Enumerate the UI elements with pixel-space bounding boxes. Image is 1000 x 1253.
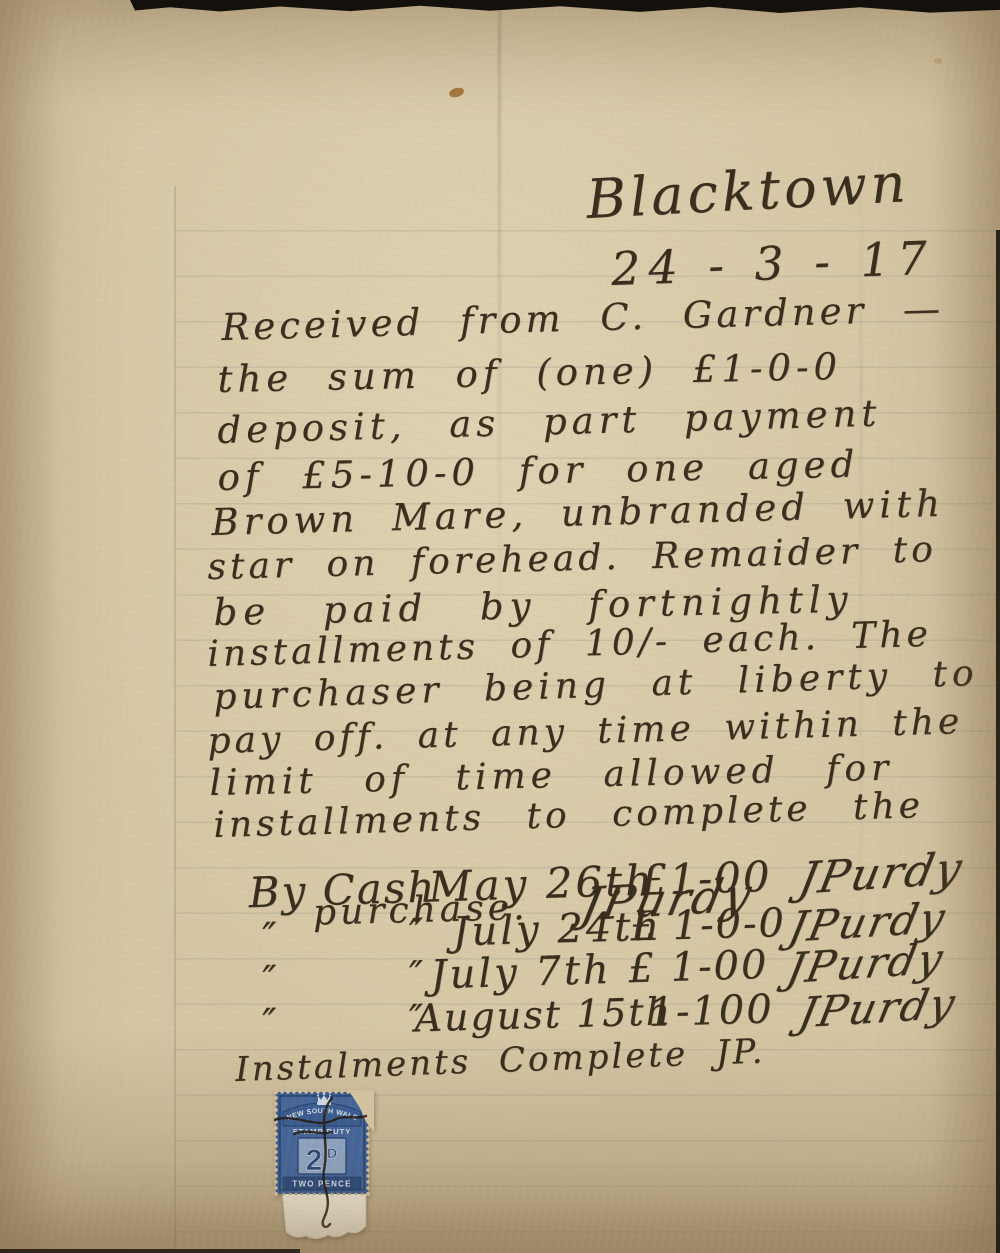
ledger-ditto-marks: ″ ″: [262, 910, 424, 958]
purdy-signature: JPurdy: [795, 978, 961, 1037]
duty-stamp: NEW SOUTH WALES STAMP DUTY 2 D TWO PENCE: [274, 1090, 374, 1248]
duty-stamp-graphic: NEW SOUTH WALES STAMP DUTY 2 D TWO PENCE: [274, 1090, 374, 1248]
ledger-amount: 1-100: [648, 986, 775, 1035]
photographed-receipt: Blacktown 24 - 3 - 17 Received from C. G…: [0, 0, 1000, 1253]
stamp-value-digit: 2: [306, 1144, 323, 1177]
ledger-amount: £ 1-00: [628, 942, 769, 992]
receipt-paper: Blacktown 24 - 3 - 17 Received from C. G…: [0, 0, 1000, 1253]
foxing-spot: [934, 58, 942, 64]
date-line: 24 - 3 - 17: [610, 231, 936, 296]
ledger-date: May 26th: [428, 855, 656, 911]
stamp-value-letter: D: [327, 1145, 337, 1161]
margin-rule-line: [174, 186, 176, 1249]
ledger-ditto-marks: ″ ″: [262, 996, 424, 1044]
ledger-amount: £1-00: [640, 852, 773, 905]
ledger-prefix: By Cash: [248, 862, 437, 917]
ledger-ditto-marks: ″ ″: [262, 953, 424, 1002]
ledger-date: August 15th: [414, 989, 673, 1040]
stamp-words-text: TWO PENCE: [292, 1180, 351, 1189]
stamp-selvage: [282, 1190, 366, 1239]
foxing-spot: [448, 86, 465, 99]
